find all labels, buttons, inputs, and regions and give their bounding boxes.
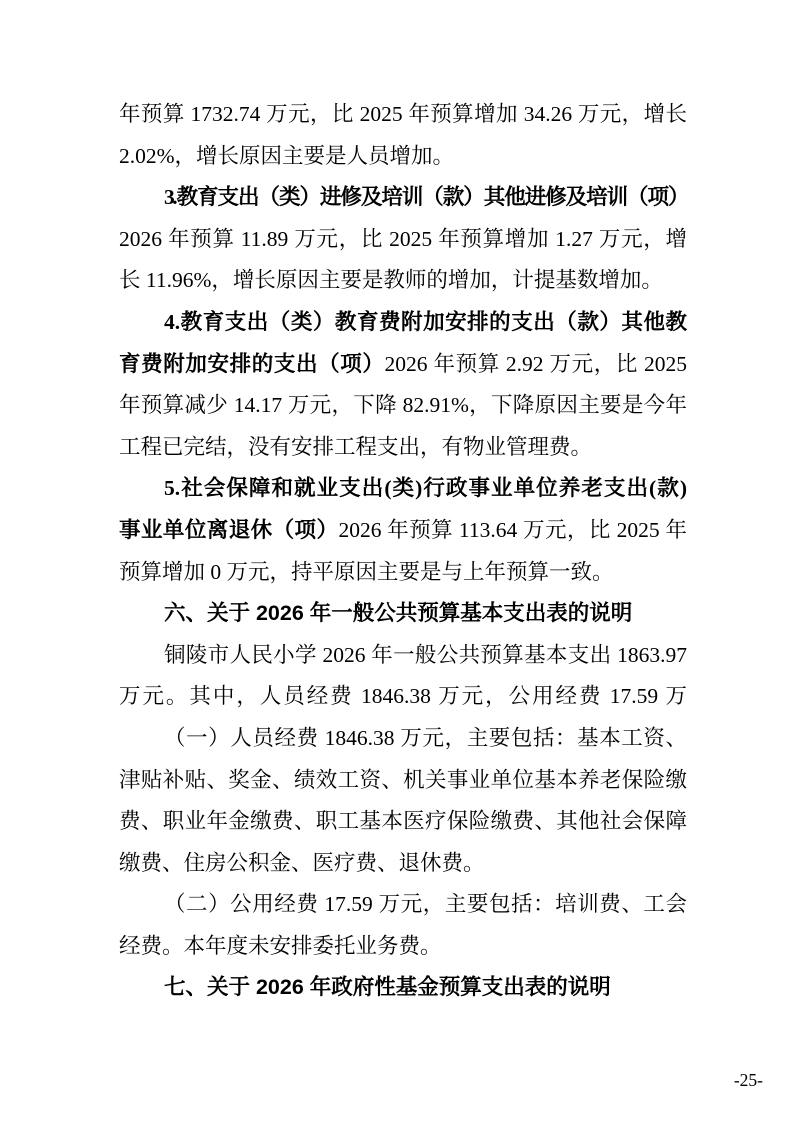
text-run: 津贴补贴、奖金、绩效工资、机关事业单位基本养老保险缴: [119, 768, 687, 792]
text-run: 长 11.96%，增长原因主要是教师的增加，计提基数增加。: [119, 268, 663, 292]
text-run: （二）公用经费 17.59 万元，主要包括：培训费、工会: [164, 892, 687, 916]
document-page: 年预算 1732.74 万元，比 2025 年预算增加 34.26 万元，增长 …: [0, 0, 793, 1122]
doc-line: 长 11.96%，增长原因主要是教师的增加，计提基数增加。: [119, 260, 687, 302]
doc-line: 预算增加 0 万元，持平原因主要是与上年预算一致。: [119, 552, 687, 594]
text-run: 工程已完结，没有安排工程支出，有物业管理费。: [119, 435, 592, 459]
text-run: 年预算 1732.74 万元，比 2025 年预算增加 34.26 万元，增长: [119, 102, 687, 126]
doc-line: 万元。其中，人员经费 1846.38 万元，公用经费 17.59 万元。: [119, 676, 687, 718]
doc-line: 工程已完结，没有安排工程支出，有物业管理费。: [119, 427, 687, 469]
doc-line: 2.02%，增长原因主要是人员增加。: [119, 136, 687, 178]
doc-line: 经费。本年度未安排委托业务费。: [119, 926, 687, 968]
section-heading: 六、关于 2026 年一般公共预算基本支出表的说明: [119, 593, 687, 635]
text-run: （一）人员经费 1846.38 万元，主要包括：基本工资、: [164, 726, 687, 750]
doc-line: （一）人员经费 1846.38 万元，主要包括：基本工资、: [119, 718, 687, 760]
bold-text-run: 3.教育支出（类）进修及培训（款）其他进修及培训（项）: [164, 185, 687, 209]
doc-line: 2026 年预算 11.89 万元，比 2025 年预算增加 1.27 万元，增: [119, 219, 687, 261]
bold-text-run: 育费附加安排的支出（项）: [119, 352, 385, 376]
doc-line-numbered-heading: 5.社会保障和就业支出(类)行政事业单位养老支出(款): [119, 468, 687, 510]
text-run: 万元。其中，人员经费 1846.38 万元，公用经费 17.59 万元。: [119, 684, 687, 718]
heading-text: 六、关于 2026 年一般公共预算基本支出表的说明: [164, 601, 632, 625]
text-run: 铜陵市人民小学 2026 年一般公共预算基本支出 1863.97: [164, 643, 687, 667]
doc-line: 费、职业年金缴费、职工基本医疗保险缴费、其他社会保障: [119, 801, 687, 843]
doc-line: 育费附加安排的支出（项）2026 年预算 2.92 万元，比 2025: [119, 344, 687, 386]
text-run: 2026 年预算 113.64 万元，比 2025 年: [338, 518, 687, 542]
doc-line: 年预算 1732.74 万元，比 2025 年预算增加 34.26 万元，增长: [119, 94, 687, 136]
doc-line-numbered-heading: 4.教育支出（类）教育费附加安排的支出（款）其他教: [119, 302, 687, 344]
text-run: 2.02%，增长原因主要是人员增加。: [119, 144, 454, 168]
doc-line: 年预算减少 14.17 万元，下降 82.91%，下降原因主要是今年: [119, 385, 687, 427]
heading-text: 七、关于 2026 年政府性基金预算支出表的说明: [164, 975, 611, 999]
section-heading: 七、关于 2026 年政府性基金预算支出表的说明: [119, 967, 687, 1009]
doc-line-numbered-heading: 3.教育支出（类）进修及培训（款）其他进修及培训（项）: [119, 177, 687, 219]
text-run: 年预算减少 14.17 万元，下降 82.91%，下降原因主要是今年: [119, 393, 687, 417]
document-body: 年预算 1732.74 万元，比 2025 年预算增加 34.26 万元，增长 …: [119, 94, 687, 1009]
text-run: 预算增加 0 万元，持平原因主要是与上年预算一致。: [119, 560, 614, 584]
bold-text-run: 4.教育支出（类）教育费附加安排的支出（款）其他教: [164, 310, 687, 334]
doc-line: 事业单位离退休（项）2026 年预算 113.64 万元，比 2025 年: [119, 510, 687, 552]
bold-text-run: 事业单位离退休（项）: [119, 518, 338, 542]
doc-line: 津贴补贴、奖金、绩效工资、机关事业单位基本养老保险缴: [119, 760, 687, 802]
text-run: 2026 年预算 2.92 万元，比 2025: [385, 352, 688, 376]
bold-text-run: 5.社会保障和就业支出(类)行政事业单位养老支出(款): [164, 476, 687, 500]
page-number: -25-: [734, 1069, 763, 1091]
text-run: 2026 年预算 11.89 万元，比 2025 年预算增加 1.27 万元，增: [119, 227, 687, 251]
text-run: 经费。本年度未安排委托业务费。: [119, 934, 442, 958]
doc-line: 缴费、住房公积金、医疗费、退休费。: [119, 843, 687, 885]
doc-line: （二）公用经费 17.59 万元，主要包括：培训费、工会: [119, 884, 687, 926]
text-run: 缴费、住房公积金、医疗费、退休费。: [119, 851, 485, 875]
doc-line: 铜陵市人民小学 2026 年一般公共预算基本支出 1863.97: [119, 635, 687, 677]
text-run: 费、职业年金缴费、职工基本医疗保险缴费、其他社会保障: [119, 809, 687, 833]
